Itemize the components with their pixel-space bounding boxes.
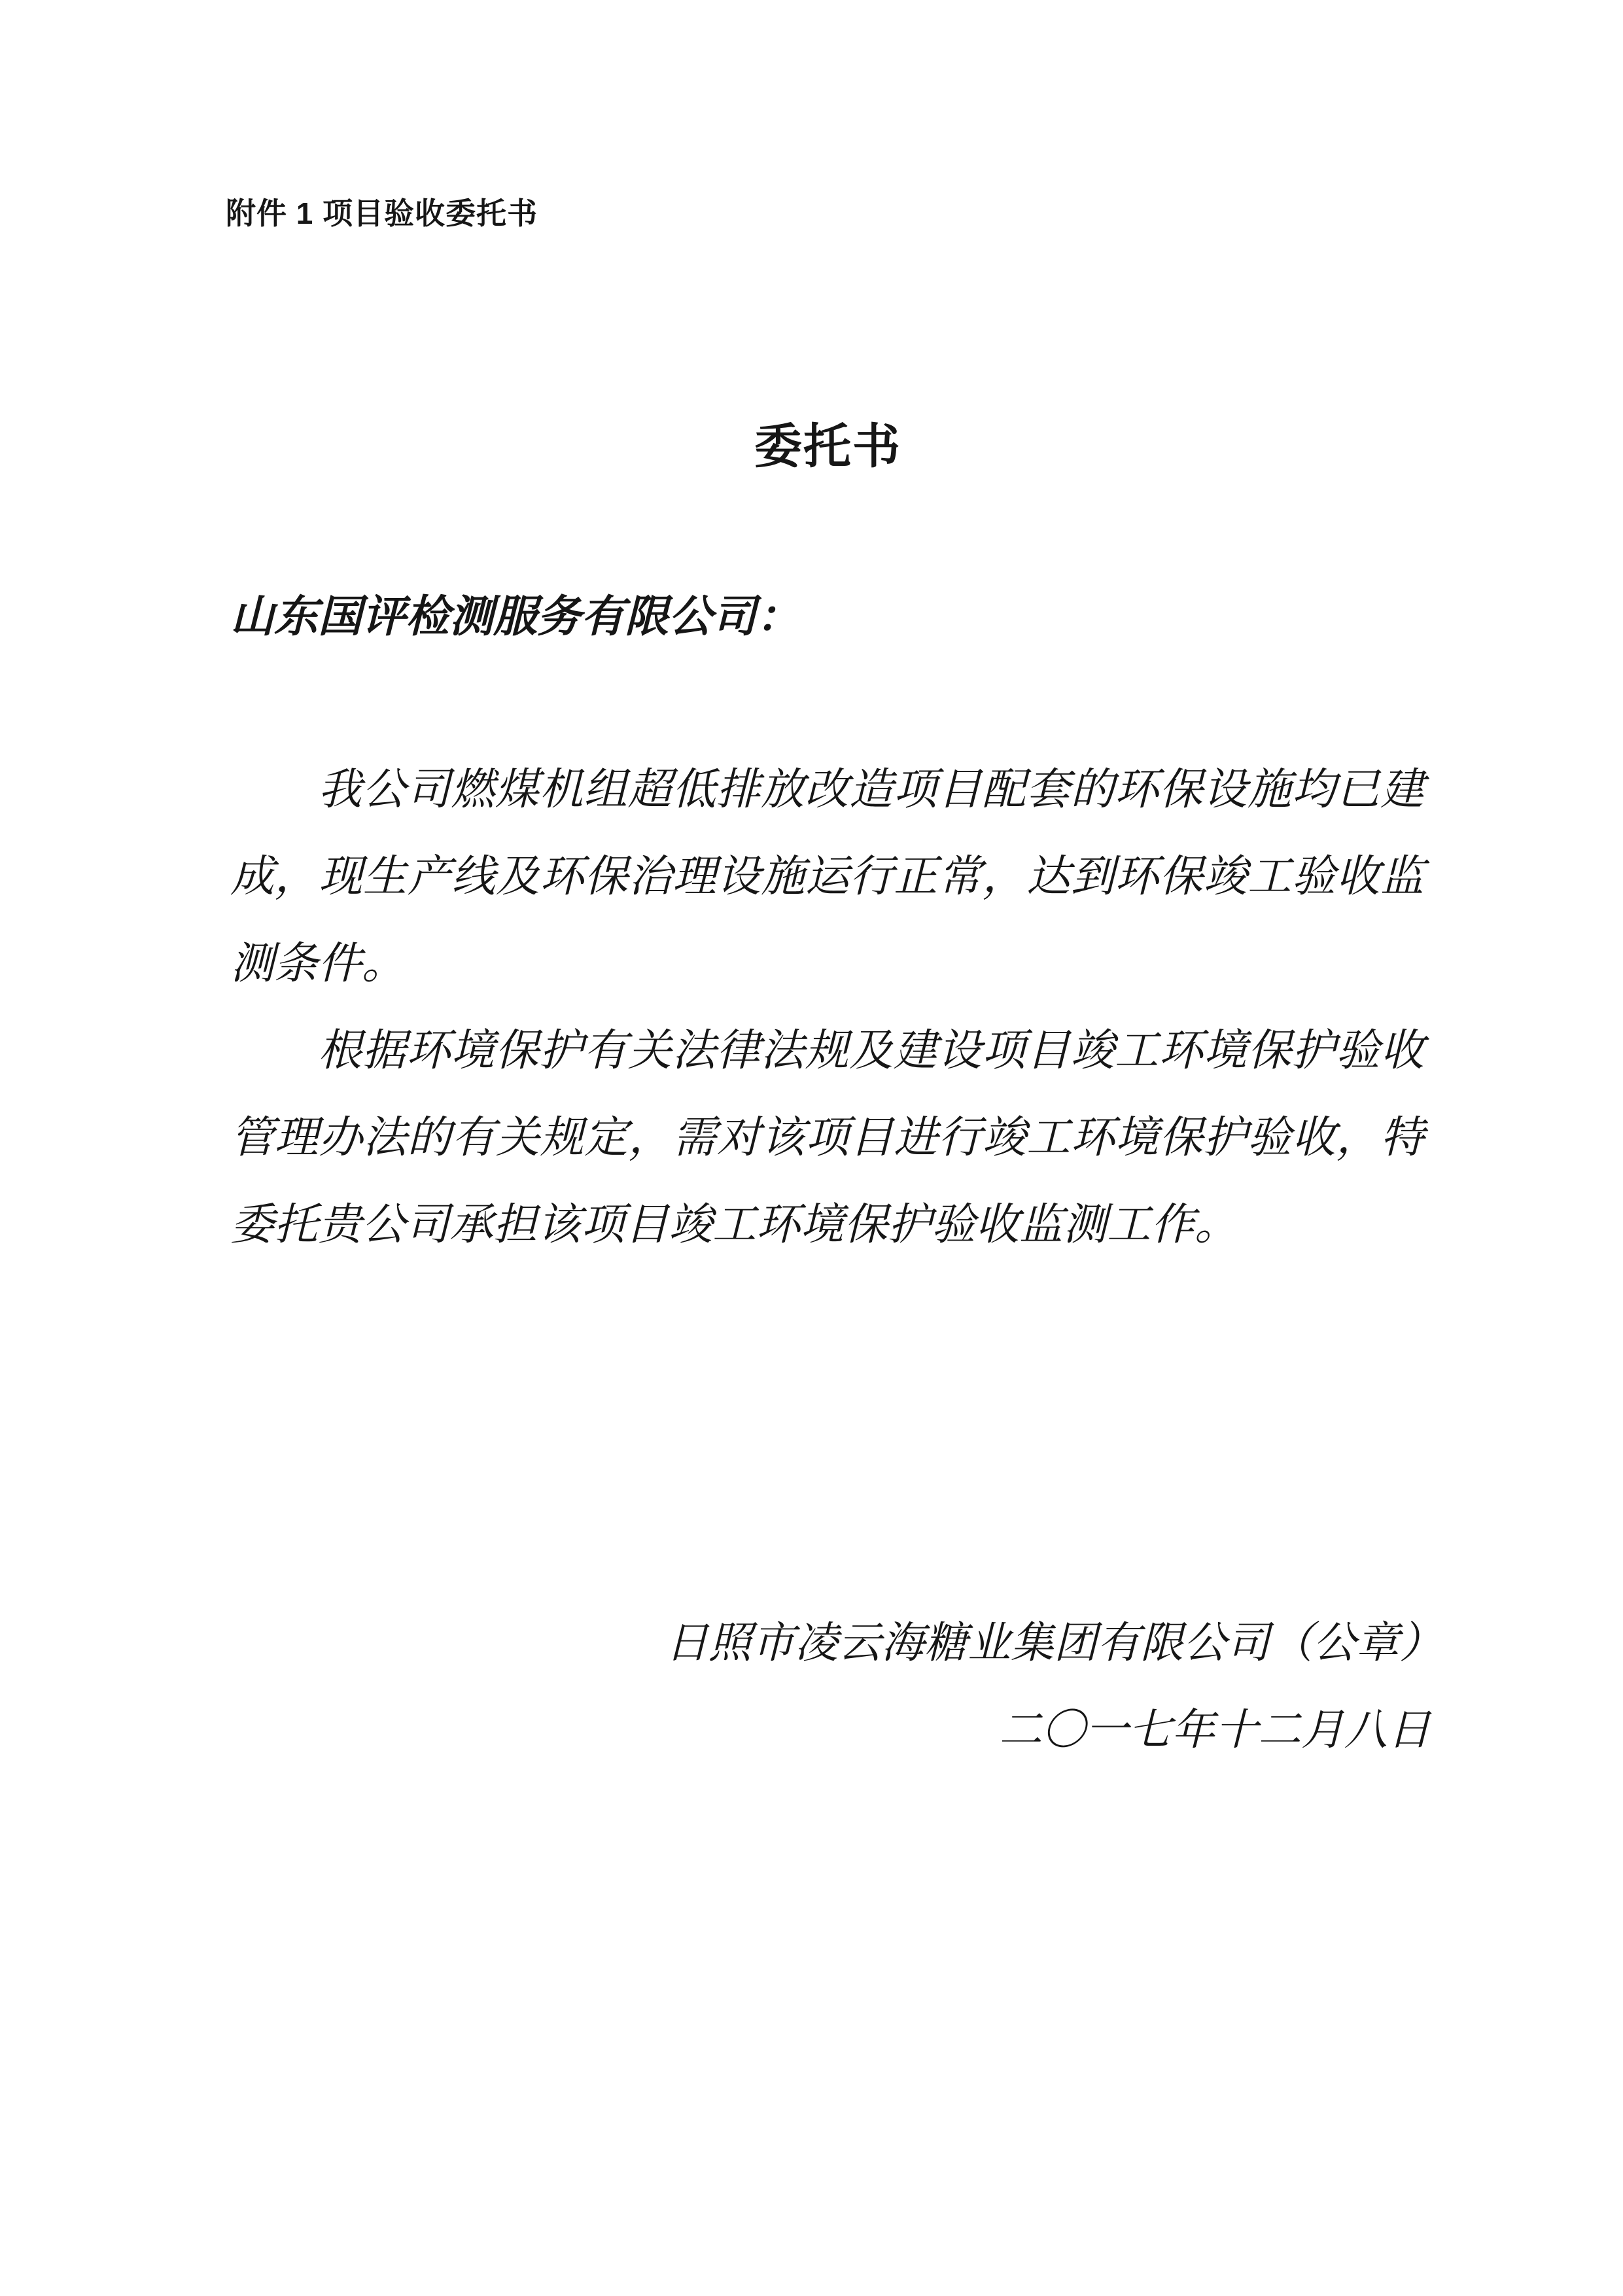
body-paragraph-1: 我公司燃煤机组超低排放改造项目配套的环保设施均已建成，现生产线及环保治理设施运行… [230,747,1424,1008]
date-line: 二〇一七年十二月八日 [665,1687,1442,1774]
addressee-line: 山东国评检测服务有限公司： [230,592,800,642]
document-page: 附件 1 项目验收委托书 委托书 山东国评检测服务有限公司： 我公司燃煤机组超低… [0,0,1623,2296]
document-body: 我公司燃煤机组超低排放改造项目配套的环保设施均已建成，现生产线及环保治理设施运行… [230,747,1424,1269]
signature-line: 日照市凌云海糖业集团有限公司（公章） [665,1600,1442,1687]
signature-block: 日照市凌云海糖业集团有限公司（公章） 二〇一七年十二月八日 [665,1600,1442,1774]
document-title: 委托书 [16,420,1623,474]
body-paragraph-2: 根据环境保护有关法律法规及建设项目竣工环境保护验收管理办法的有关规定，需对该项目… [230,1008,1424,1269]
attachment-label: 附件 1 项目验收委托书 [226,196,538,230]
